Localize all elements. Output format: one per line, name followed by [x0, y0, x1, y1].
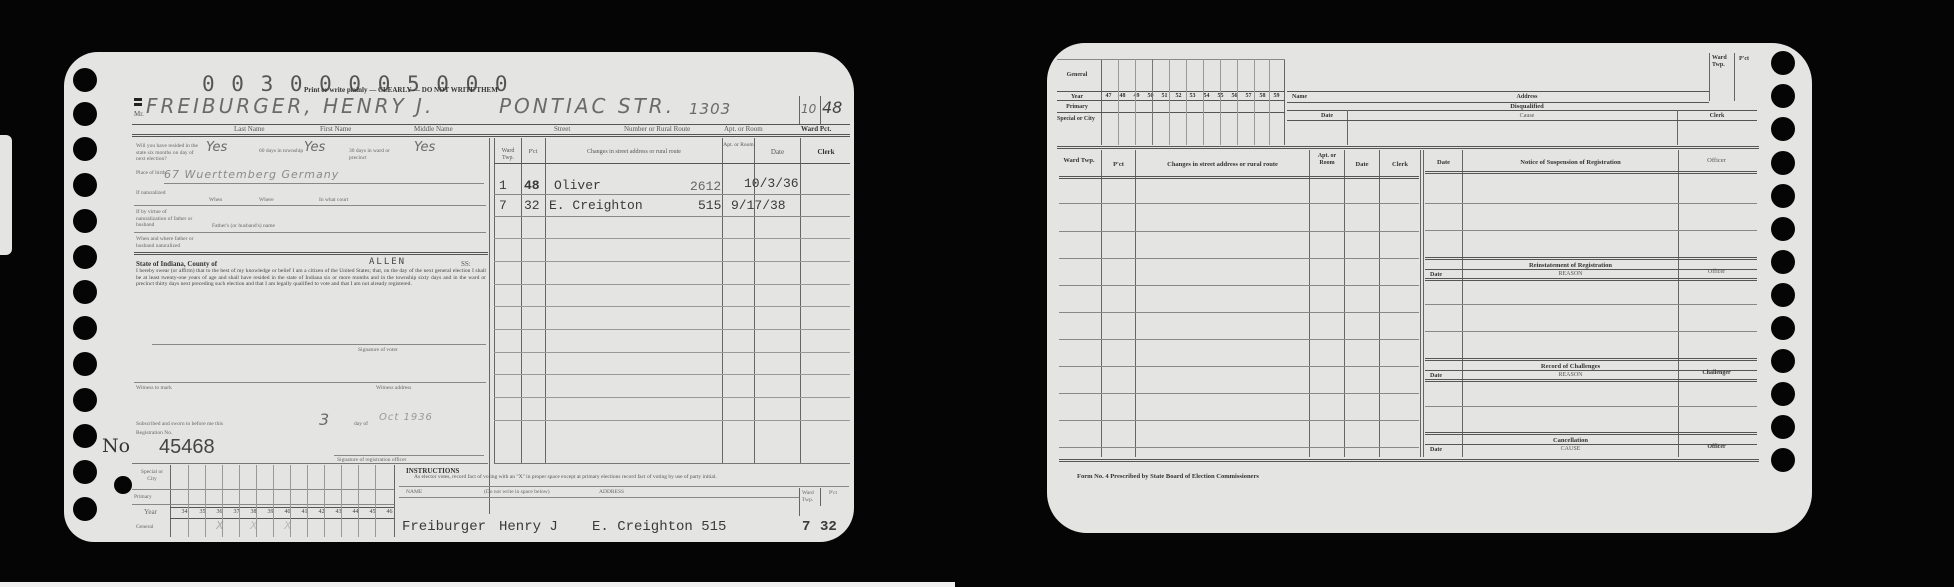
rule [1425, 358, 1757, 361]
rule [1425, 331, 1757, 332]
punch-hole [73, 497, 97, 521]
label-apt-room: Apt. or Room [724, 125, 763, 133]
rule [1059, 459, 1759, 462]
oath-text: I hereby swear (or affirm) that to the b… [136, 268, 486, 288]
divider [1677, 110, 1678, 145]
rule [1057, 91, 1285, 92]
divider [1186, 59, 1187, 145]
divider [1237, 59, 1238, 145]
grid-row-general: General [136, 524, 153, 531]
rule [1425, 379, 1757, 382]
rule [494, 216, 850, 217]
rule [1425, 257, 1757, 260]
scan-edge [0, 582, 955, 587]
divider [1254, 59, 1255, 145]
rule [1287, 110, 1757, 111]
rule [132, 504, 394, 505]
rule [494, 374, 850, 375]
rule [494, 284, 850, 285]
rule [1425, 230, 1757, 231]
instructions-do-not-write: (Do not write in space below) [484, 489, 550, 496]
back-cause-label: Cause [1427, 112, 1627, 120]
rule [399, 497, 799, 498]
rule [494, 397, 850, 398]
punch-hole [1771, 283, 1795, 307]
divider [1734, 53, 1735, 101]
footer-pct: 32 [820, 519, 837, 535]
divider [1420, 150, 1424, 457]
rule [134, 252, 488, 255]
rule [1425, 278, 1757, 281]
divider [1220, 59, 1221, 145]
cancellation-header-cause: CAUSE [1463, 445, 1678, 453]
suspension-header-title: Notice of Suspension of Registration [1463, 159, 1678, 167]
divider [222, 465, 223, 537]
punch-hole [1771, 349, 1795, 373]
witness-address-label: Witness address [376, 385, 411, 392]
punch-hole [1771, 448, 1795, 472]
row-street: E. Creighton [549, 198, 643, 213]
divider [799, 96, 800, 124]
rule [1287, 91, 1709, 92]
punch-hole [1771, 415, 1795, 439]
punch-hole [1771, 151, 1795, 175]
punch-hole [73, 209, 97, 233]
back-name-label: Name [1292, 93, 1307, 101]
rule [170, 518, 394, 519]
suspension-header-officer: Officer [1679, 157, 1754, 165]
punch-hole [73, 352, 97, 376]
divider [1101, 150, 1102, 457]
oath-ss: SS: [461, 260, 471, 268]
back-changes-header-street: Changes in street address or rural route [1136, 161, 1309, 169]
instructions-address-label: ADDRESS [599, 489, 624, 496]
form-footer: Form No. 4 Prescribed by State Board of … [1077, 473, 1259, 481]
oath-state-county: State of Indiana, County of [136, 260, 217, 268]
back-changes-header-pct: P'ct [1102, 161, 1135, 169]
back-ward-twp-label: Ward Twp. [1712, 55, 1734, 69]
punch-hole [1771, 51, 1795, 75]
grid-row-primary: Primary [134, 494, 152, 501]
rule [334, 455, 484, 456]
back-grid-row-special: Special or City [1057, 116, 1095, 123]
divider [394, 465, 395, 537]
rule [1425, 203, 1757, 204]
by-virtue-label: If by virtue of naturalization of father… [136, 209, 196, 229]
divider [800, 138, 801, 464]
rule [134, 205, 486, 206]
rule [152, 344, 486, 345]
divider [375, 465, 376, 537]
residency-ward-answer: Yes [414, 140, 435, 155]
rule [1057, 112, 1285, 113]
divider [722, 138, 723, 464]
number-prefix: No [102, 436, 130, 456]
row-street: Oliver [554, 178, 601, 193]
reinstatement-header-officer: Officer [1679, 268, 1754, 276]
changes-header-date: Date [755, 148, 800, 156]
subscribed-label: Subscribed and sworn to before me this [136, 421, 223, 428]
divider [1709, 53, 1710, 101]
back-address-label: Address [1427, 93, 1627, 101]
rule [1059, 447, 1419, 448]
divider [1203, 59, 1204, 145]
divider [205, 465, 206, 537]
rule [1059, 285, 1419, 286]
back-clerk-label: Clerk [1682, 112, 1752, 120]
rule [132, 463, 488, 464]
divider [1309, 150, 1310, 457]
adjacent-card-edge [0, 135, 12, 255]
row-pct: 48 [524, 178, 540, 193]
rule [494, 420, 850, 421]
divider [188, 465, 189, 537]
footer-address: E. Creighton 515 [592, 519, 726, 535]
instructions-pct-label: P'ct [829, 490, 837, 497]
rule [1057, 100, 1285, 101]
back-pct-label: P'ct [1739, 55, 1749, 63]
place-of-birth-value: 67 Wuerttemberg Germany [164, 168, 339, 181]
changes-header-clerk: Clerk [801, 148, 851, 156]
rule [1059, 176, 1419, 179]
back-grid-row-primary: Primary [1053, 103, 1101, 111]
rule [494, 306, 850, 307]
instructions-text: As elector votes, record fact of voting … [414, 474, 834, 481]
divider [170, 465, 171, 537]
divider [1344, 150, 1345, 457]
divider [545, 138, 546, 464]
divider [358, 465, 359, 537]
punch-hole [73, 137, 97, 161]
rule [494, 238, 850, 239]
rule [132, 489, 394, 490]
divider [307, 465, 308, 537]
back-changes-header-apt: Apt. or Room [1310, 153, 1344, 167]
label-first-name: First Name [320, 125, 351, 133]
day-of-label: day of [354, 421, 368, 428]
divider [1101, 59, 1102, 145]
naturalized-court-label: In what court [319, 197, 348, 204]
divider [820, 488, 821, 506]
label-street: Street [554, 125, 570, 133]
divider [494, 138, 495, 464]
punch-hole [73, 388, 97, 412]
naturalized-when-label: When [209, 197, 222, 204]
punch-hole [1771, 316, 1795, 340]
punch-hole [1771, 217, 1795, 241]
witness-name-label: Witness to mark [136, 385, 172, 392]
punch-hole [73, 316, 97, 340]
changes-header-street: Changes in street address or rural route [546, 148, 722, 156]
punch-hole [1771, 184, 1795, 208]
divider [1347, 110, 1348, 145]
grid-row-special: Special or City [136, 469, 168, 482]
registration-card-back: General Year 47 48 49 50 51 52 53 54 55 … [1047, 43, 1812, 533]
label-last-name: Last Name [234, 125, 265, 133]
rule [494, 463, 850, 464]
rule [134, 232, 486, 233]
rule [1059, 203, 1419, 204]
divider [799, 488, 800, 516]
back-date-label: Date [1297, 112, 1357, 120]
footer-ward: 7 [802, 519, 810, 535]
rule [494, 329, 850, 330]
naturalized-where-label: Where [259, 197, 274, 204]
name-handwritten: FREIBURGER, HENRY J. [146, 94, 434, 118]
divider [1269, 59, 1270, 145]
rule [1425, 406, 1757, 407]
challenges-header-reason: REASON [1463, 371, 1678, 379]
rule [1425, 171, 1757, 174]
rule [170, 507, 394, 508]
label-number-route: Number or Rural Route [624, 125, 690, 133]
punch-hole [73, 173, 97, 197]
rule [1059, 231, 1419, 232]
back-changes-header-clerk: Clerk [1380, 161, 1420, 169]
oath-county: ALLEN [369, 257, 406, 267]
divider [1135, 59, 1136, 145]
rule [1059, 366, 1419, 367]
residency-township-question: 60 days in township [259, 148, 304, 155]
divider [1169, 59, 1170, 145]
rule [1057, 146, 1759, 149]
place-of-birth-label: Place of birth [136, 170, 166, 177]
divider [273, 465, 274, 537]
footer-last-name: Freiburger [402, 519, 486, 535]
month-year-handwritten: Oct 1936 [379, 412, 433, 423]
subscribed-day: 3 [319, 410, 332, 429]
punch-hole [73, 460, 97, 484]
residency-township-answer: Yes [304, 140, 325, 155]
husband-name-label: Father's (or husband's) name [212, 223, 275, 230]
number-handwritten: 1303 [689, 100, 731, 118]
divider [239, 465, 240, 537]
back-changes-header-ward: Ward Twp. [1059, 157, 1099, 164]
registration-number: 45468 [159, 436, 215, 459]
punch-hole [1771, 84, 1795, 108]
row-ward: 7 [499, 198, 507, 213]
street-handwritten: PONTIAC STR. [499, 94, 675, 118]
row-number: 2612 [690, 179, 721, 194]
back-changes-header-date: Date [1345, 161, 1379, 169]
label-ward-pct: Ward Pct. [801, 125, 831, 133]
rule [494, 163, 850, 164]
punch-hole [1771, 117, 1795, 141]
punch-hole [73, 102, 97, 126]
rule [1425, 304, 1757, 305]
strike-mark [134, 103, 142, 106]
rule [1059, 258, 1419, 259]
divider [341, 465, 342, 537]
instructions-name-label: NAME [406, 489, 422, 496]
divider [1118, 59, 1119, 145]
rule [164, 183, 484, 184]
rule [494, 352, 850, 353]
changes-header-ward: Ward Twp. [496, 148, 520, 162]
residency-state-question: Will you have resided in the state six m… [136, 143, 204, 163]
reinstatement-header-reason: REASON [1463, 270, 1678, 278]
residency-state-answer: Yes [206, 140, 227, 155]
changes-header-apt: Apt. or Room [723, 142, 754, 149]
rule [1059, 393, 1419, 394]
divider [256, 465, 257, 537]
punch-hole [1771, 382, 1795, 406]
rule [1059, 312, 1419, 313]
instructions-ward-label: Ward Twp. [802, 490, 820, 503]
salutation: Mr. [134, 110, 144, 118]
rule [1059, 339, 1419, 340]
divider [489, 138, 490, 514]
challenges-header-challenger: Challenger [1679, 369, 1754, 377]
registration-card-front: 0 0 3 0 0 0 0 5 0 0 0 Print or write pla… [64, 52, 854, 542]
rule [1287, 120, 1757, 121]
punch-hole [73, 68, 97, 92]
year-cell: 59 [1261, 93, 1292, 99]
punch-hole [1771, 250, 1795, 274]
back-grid-row-general: General [1053, 71, 1101, 79]
divider [820, 96, 821, 124]
grid-row-year: Year [144, 509, 157, 516]
row-number: 515 [698, 198, 721, 213]
punch-hole [114, 476, 132, 494]
divider [1135, 150, 1136, 457]
punch-hole [73, 245, 97, 269]
divider [324, 465, 325, 537]
divider [1379, 150, 1380, 457]
cancellation-header-officer: Officer [1679, 443, 1754, 451]
divider [1152, 59, 1153, 145]
punch-hole [73, 424, 97, 448]
rule [134, 382, 486, 383]
pct-handwritten: 48 [822, 98, 842, 117]
row-date: 10/3/36 [744, 176, 799, 191]
footer-first-middle: Henry J [499, 519, 558, 535]
label-middle-name: Middle Name [414, 125, 453, 133]
rule [1425, 432, 1757, 435]
naturalized-label: If naturalized [136, 190, 176, 197]
suspension-header-date: Date [1425, 159, 1462, 167]
rule [494, 194, 850, 195]
cancellation-header-date: Date [1430, 446, 1442, 454]
ward-handwritten: 10 [801, 102, 816, 116]
divider [521, 138, 522, 464]
strike-mark [134, 98, 142, 101]
divider [290, 465, 291, 537]
rule [1059, 420, 1419, 421]
residency-ward-question: 30 days in ward or precinct [349, 148, 409, 161]
changes-header-pct: P'ct [522, 148, 544, 156]
punch-hole [73, 280, 97, 304]
year-cell: 46 [378, 509, 401, 515]
rule [399, 486, 849, 487]
header-notice: Print or write plainly — CLEARLY — DO NO… [304, 86, 498, 94]
rule [494, 261, 850, 262]
row-pct: 32 [524, 198, 540, 213]
rule [1057, 59, 1285, 60]
signature-voter-label: Signature of voter [358, 347, 398, 354]
rule [132, 134, 850, 137]
row-ward: 1 [499, 178, 507, 193]
row-date: 9/17/38 [731, 198, 786, 213]
when-where-label: When and where father or husband natural… [136, 236, 206, 249]
divider [1284, 59, 1285, 145]
